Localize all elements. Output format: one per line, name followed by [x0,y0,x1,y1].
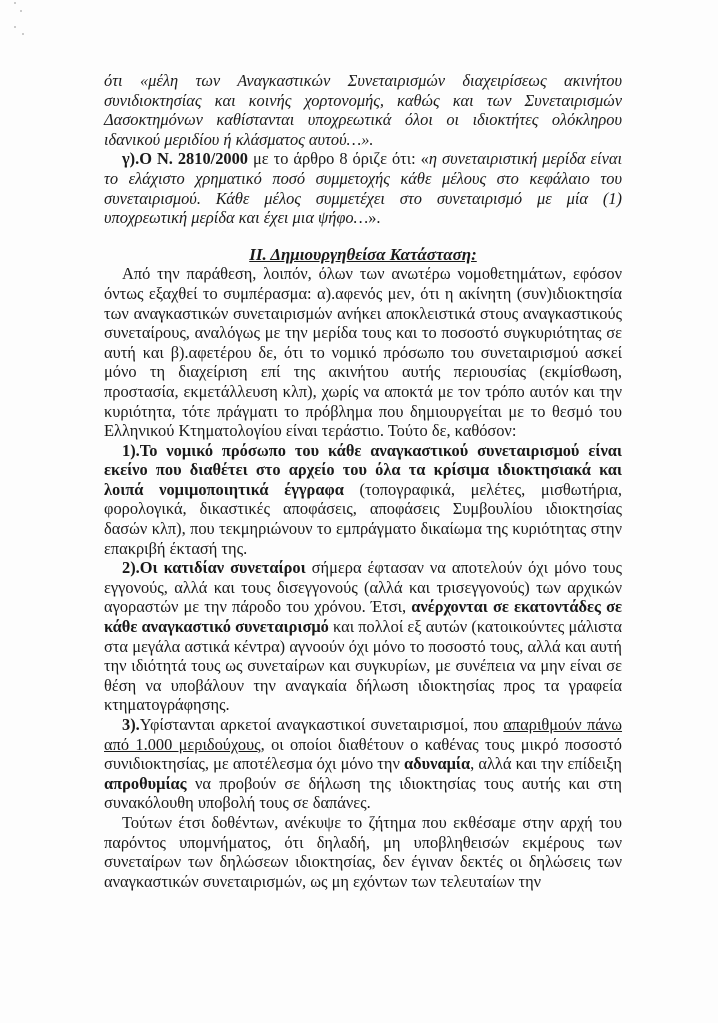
quote-continuation: ότι «μέλη των Αναγκαστικών Συνεταιρισμών… [104,71,622,149]
law-quote-end: ». [368,208,380,227]
document-page: ότι «μέλη των Αναγκαστικών Συνεταιρισμών… [104,71,622,891]
point-3-number: 3). [122,715,140,734]
law-text: με το άρθρο 8 όριζε ότι: « [248,149,429,168]
point-3-bold-2: απροθυμίας [104,774,187,793]
scan-specks [10,2,30,42]
point-3-text-1: Υφίστανται αρκετοί αναγκαστικοί συνεταιρ… [140,715,504,734]
conclusion-paragraph: Τούτων έτσι δοθέντων, ανέκυψε το ζήτημα … [104,813,622,891]
intro-paragraph: Από την παράθεση, λοιπόν, όλων των ανωτέ… [104,264,622,440]
point-3: 3).Υφίστανται αρκετοί αναγκαστικοί συνετ… [104,715,622,813]
law-reference: γ).Ο Ν. 2810/2000 [122,149,248,168]
paragraph-law-2810: γ).Ο Ν. 2810/2000 με το άρθρο 8 όριζε ότ… [104,149,622,227]
point-3-text-3: , αλλά και την επίδειξη [470,754,622,773]
point-3-bold-1: αδυναμία [404,754,470,773]
section-heading: ΙΙ. Δημιουργηθείσα Κατάσταση: [104,245,622,265]
point-2-bold-1: 2).Οι κατιδίαν συνεταίροι [122,558,306,577]
point-2: 2).Οι κατιδίαν συνεταίροι σήμερα έφτασαν… [104,558,622,715]
point-1: 1).Το νομικό πρόσωπο του κάθε αναγκαστικ… [104,441,622,559]
